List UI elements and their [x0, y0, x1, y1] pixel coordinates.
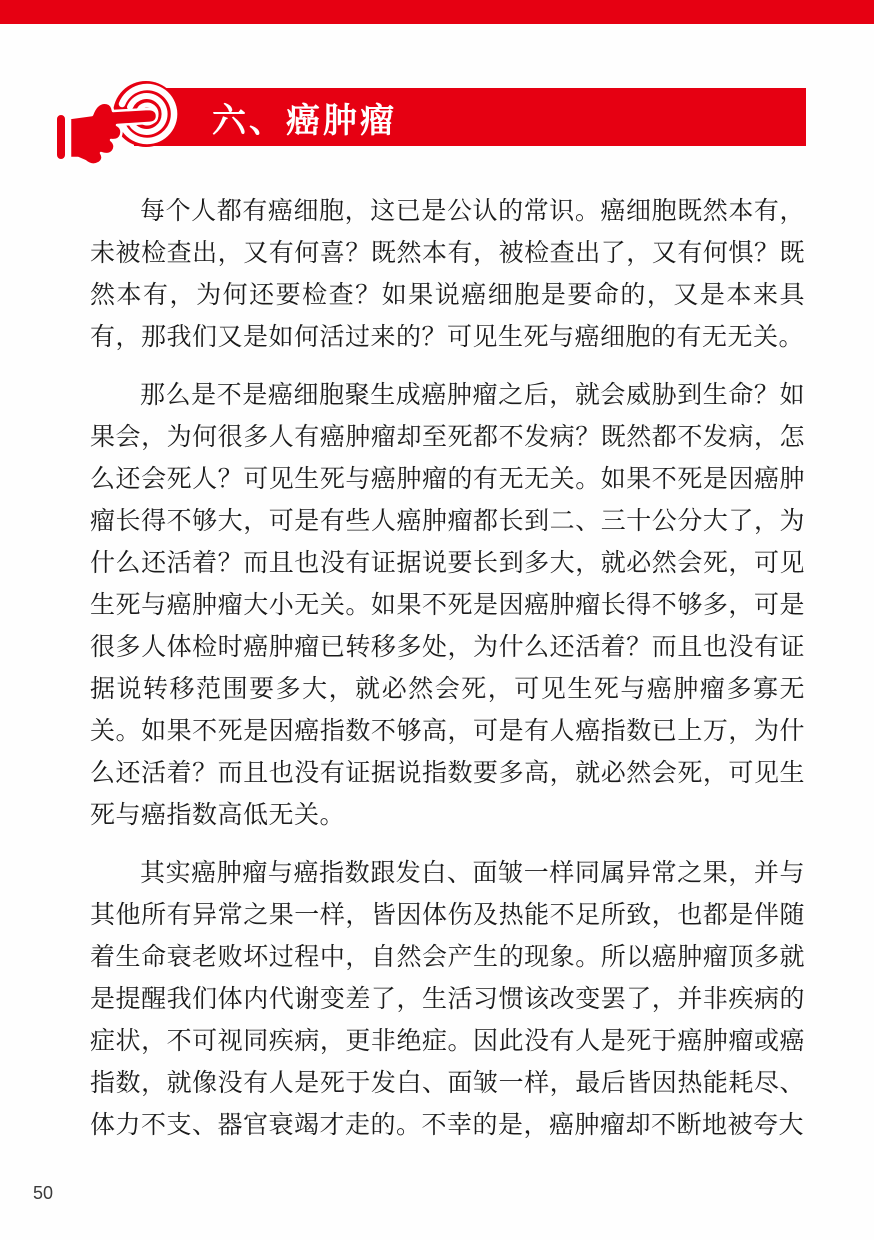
body-paragraph: 其实癌肿瘤与癌指数跟发白、面皱一样同属异常之果，并与其他所有异常之果一样，皆因体…	[90, 852, 805, 1146]
body-paragraph: 每个人都有癌细胞，这已是公认的常识。癌细胞既然本有，未被检查出，又有何喜？既然本…	[90, 190, 805, 358]
pointing-hand-target-icon	[54, 72, 186, 190]
document-page: 六、癌肿瘤 每个人都有癌细胞，这已是公认的常识。癌细胞既然本有，未被检查出，又有…	[0, 0, 874, 1240]
top-red-strip	[0, 0, 874, 24]
body-paragraph: 那么是不是癌细胞聚生成癌肿瘤之后，就会威胁到生命？如果会，为何很多人有癌肿瘤却至…	[90, 374, 805, 836]
section-header-banner: 六、癌肿瘤	[134, 88, 806, 146]
body-text-block: 每个人都有癌细胞，这已是公认的常识。癌细胞既然本有，未被检查出，又有何喜？既然本…	[90, 190, 805, 1162]
page-number: 50	[33, 1183, 53, 1204]
